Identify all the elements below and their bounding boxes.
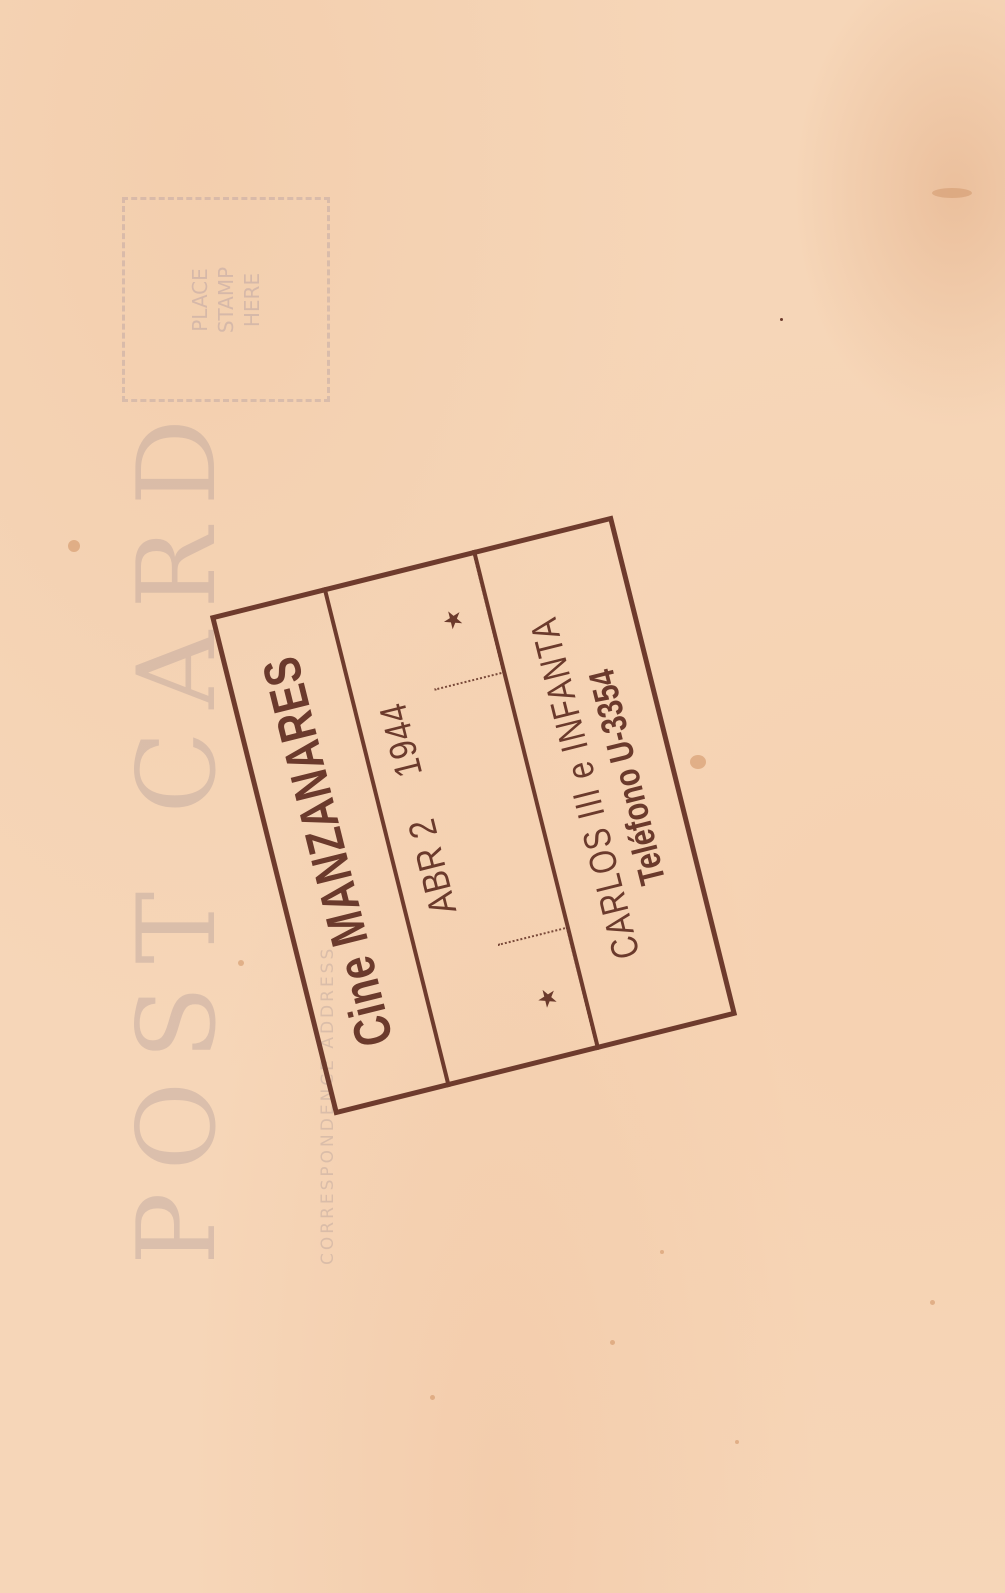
place-stamp-text: PLACE STAMP HERE [187, 266, 265, 332]
stamp-box-line: HERE [239, 266, 265, 332]
date-year: 1944 [372, 698, 432, 781]
stamp-box-line: PLACE [187, 266, 213, 332]
cinema-rubber-stamp: Cine MANZANARES ★ ★ ABR 2 1944 CARLOS II… [210, 515, 737, 1115]
place-stamp-box: PLACE STAMP HERE [122, 197, 330, 402]
stamp-box-line: STAMP [213, 266, 239, 332]
date-month-day: ABR 2 [401, 814, 466, 919]
postcard-title: POST CARD [115, 397, 240, 1265]
